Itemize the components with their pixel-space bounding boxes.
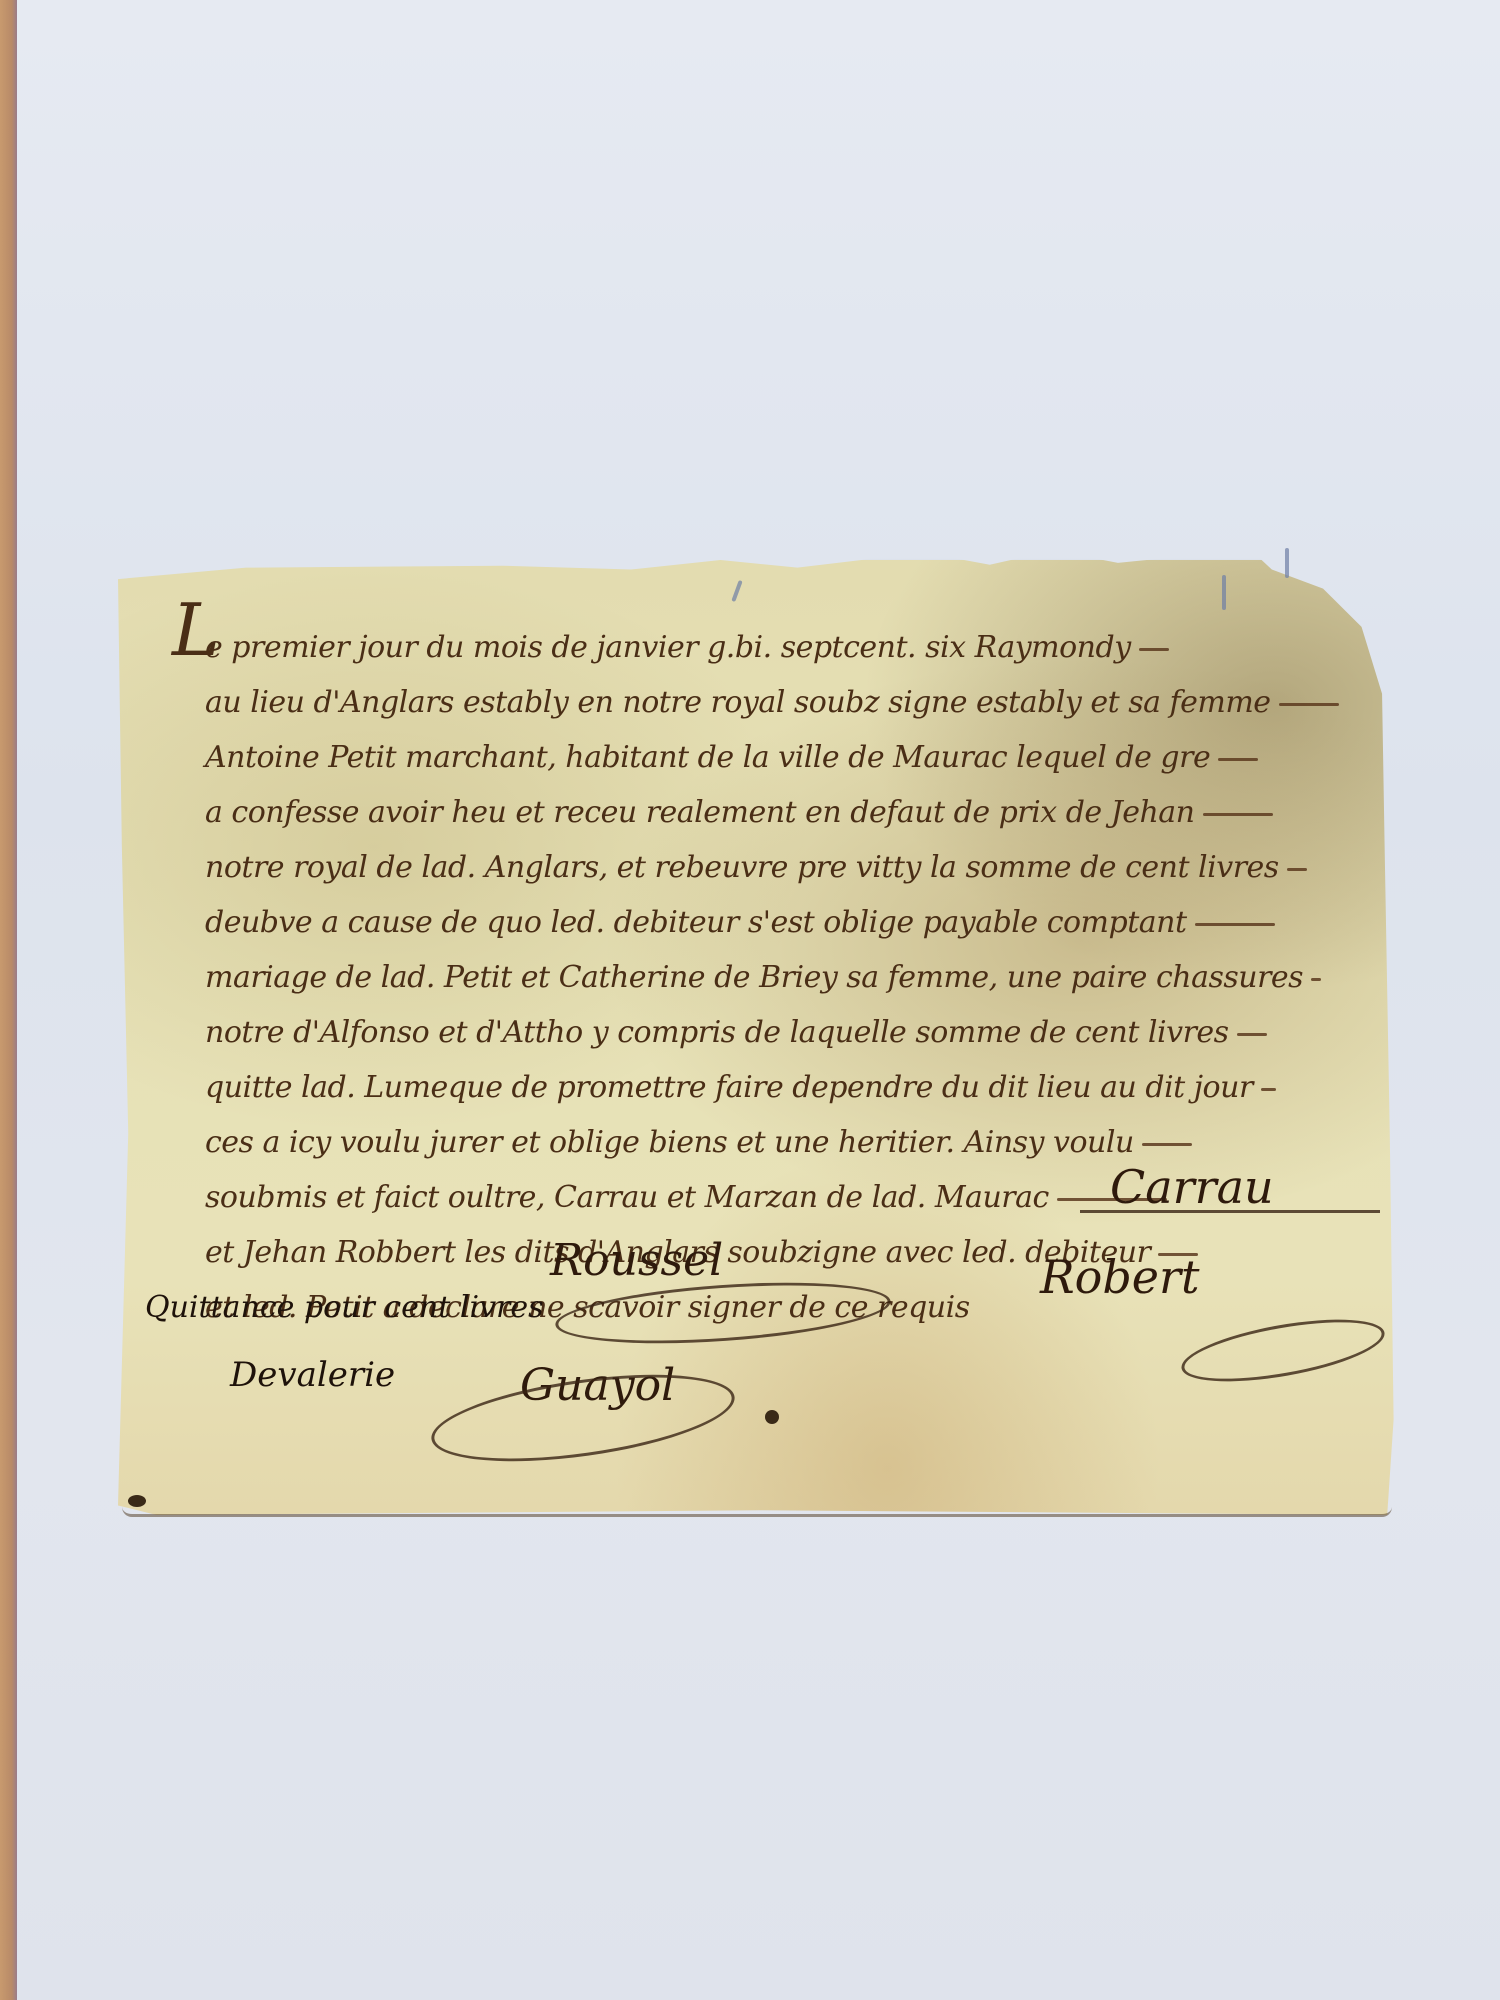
ink-stain	[765, 1410, 779, 1424]
signature-carrau: Carrau	[1110, 1160, 1274, 1214]
endorsement-signer: Devalerie	[230, 1355, 395, 1395]
endorsement-quittance: Quittance pour cent livres	[145, 1290, 543, 1325]
manuscript-line: notre d'Alfonso et d'Attho y compris de …	[205, 1005, 1395, 1060]
manuscript-line: quitte lad. Lumeque de promettre faire d…	[205, 1060, 1395, 1115]
signature-robert: Robert	[1040, 1250, 1199, 1304]
signature-underline	[1080, 1210, 1380, 1243]
paper-tear-mark	[1222, 575, 1226, 610]
ink-stain	[128, 1495, 146, 1507]
manuscript-line: deubve a cause de quo led. debiteur s'es…	[205, 895, 1395, 950]
manuscript-line: Antoine Petit marchant, habitant de la v…	[205, 730, 1395, 785]
manuscript-line: e premier jour du mois de janvier g.bi. …	[205, 620, 1395, 675]
manuscript-line: mariage de lad. Petit et Catherine de Br…	[205, 950, 1395, 1005]
left-edge-strip	[0, 0, 17, 2000]
manuscript-line: notre royal de lad. Anglars, et rebeuvre…	[205, 840, 1395, 895]
paper-bottom-edge	[122, 1500, 1392, 1517]
manuscript-line: au lieu d'Anglars estably en notre royal…	[205, 675, 1395, 730]
paper-tear-mark	[1285, 548, 1289, 578]
signature-notary: Roussel	[550, 1235, 723, 1286]
manuscript-line: a confesse avoir heu et receu realement …	[205, 785, 1395, 840]
